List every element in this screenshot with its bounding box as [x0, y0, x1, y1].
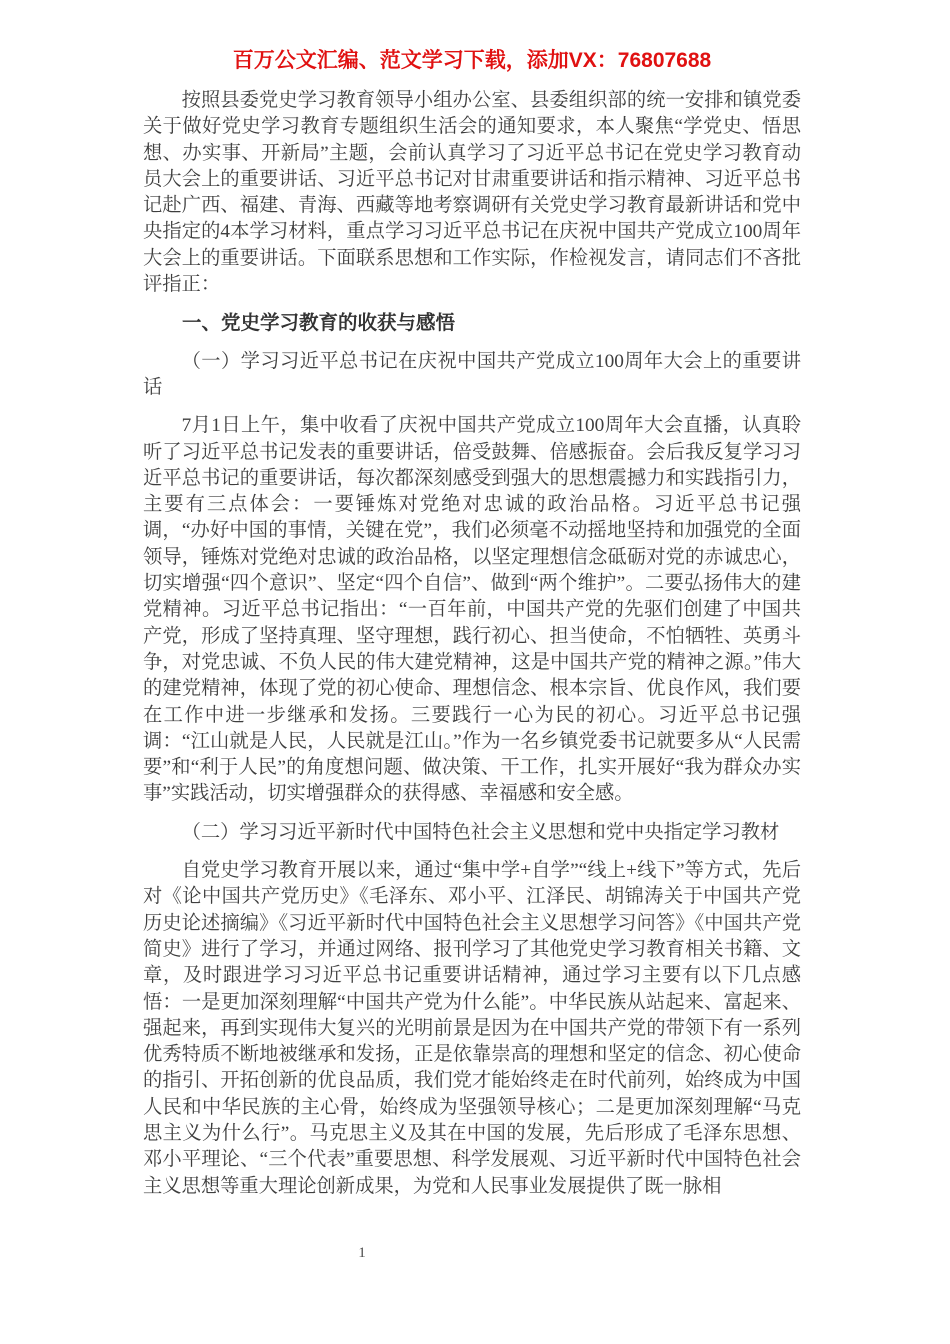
- subsection-heading-1-2: （二）学习习近平新时代中国特色社会主义思想和党中央指定学习教材: [143, 820, 801, 846]
- paragraph-july1-speech-reflections: 7月1日上午，集中收看了庆祝中国共产党成立100周年大会直播，认真聆听了习近平总…: [143, 413, 801, 807]
- text-column: 百万公文汇编、范文学习下载，添加VX：76807688 按照县委党史学习教育领导…: [143, 0, 801, 1200]
- section-heading-1: 一、党史学习教育的收获与感悟: [143, 310, 801, 336]
- notice-banner: 百万公文汇编、范文学习下载，添加VX：76807688: [143, 0, 801, 74]
- subsection-heading-1-1: （一）学习习近平总书记在庆祝中国共产党成立100周年大会上的重要讲话: [143, 349, 801, 402]
- document-page: 百万公文汇编、范文学习下载，添加VX：76807688 按照县委党史学习教育领导…: [0, 0, 950, 1344]
- paragraph-intro: 按照县委党史学习教育领导小组办公室、县委组织部的统一安排和镇党委关于做好党史学习…: [143, 88, 801, 298]
- paragraph-study-materials-insights: 自党史学习教育开展以来，通过“集中学+自学”“线上+线下”等方式，先后对《论中国…: [143, 858, 801, 1200]
- page-number: 1: [350, 1245, 374, 1262]
